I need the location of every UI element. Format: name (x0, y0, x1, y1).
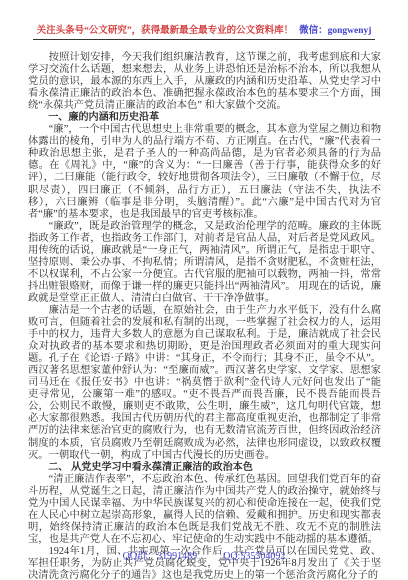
paragraph-lianjie-history: 廉洁是一个古老的话题，在原始社会，由于生产力水平低下，没有什么腐败可言，但随着社… (28, 305, 381, 462)
section-heading-1: 一、廉的内涵和历史沿革 (28, 112, 381, 124)
section-heading-2: 二、 从党史学习中看永葆清正廉洁的政治本色 (28, 462, 381, 474)
paragraph-party-history: “清正廉洁作表率”，不忘政治本色、传承红色基因。回望我们党百年的奋斗历程，从党诞… (28, 474, 381, 546)
document-body: 按照计划安排，今天我们组织廉洁教育，这节课之前，我考虑到底和大家学习交流什么话题… (28, 52, 381, 580)
paragraph-lianzheng: “廉政”，既是政治管理学的概念，又是政治伦理学的范畴。廉政的主体既指政务工作者，… (28, 221, 381, 305)
paragraph-lian-concept: “廉”，一个中国古代思想史上非常重要的概念，其本意为堂屋之侧边和物体露出的棱角，… (28, 124, 381, 220)
page-footer: QQ群：31991489QQ:535304092 (0, 547, 408, 562)
page-header: 关注头条号“公文研究”，获得最新最全最专业的公文资料库！微信：gongwenyj (0, 20, 408, 40)
document-page: 关注头条号“公文研究”，获得最新最全最专业的公文资料库！微信：gongwenyj… (0, 0, 408, 580)
header-promo-text: 关注头条号“公文研究”，获得最新最全最专业的公文资料库！ (37, 26, 294, 36)
qq-group-contact: QQ群：31991489 (123, 551, 197, 562)
header-wechat-contact: 微信：gongwenyj (299, 26, 371, 36)
header-banner: 关注头条号“公文研究”，获得最新最全最专业的公文资料库！微信：gongwenyj (33, 22, 376, 40)
paragraph-intro: 按照计划安排，今天我们组织廉洁教育，这节课之前，我考虑到底和大家学习交流什么话题… (28, 52, 381, 112)
qq-contact: QQ:535304092 (223, 551, 285, 562)
